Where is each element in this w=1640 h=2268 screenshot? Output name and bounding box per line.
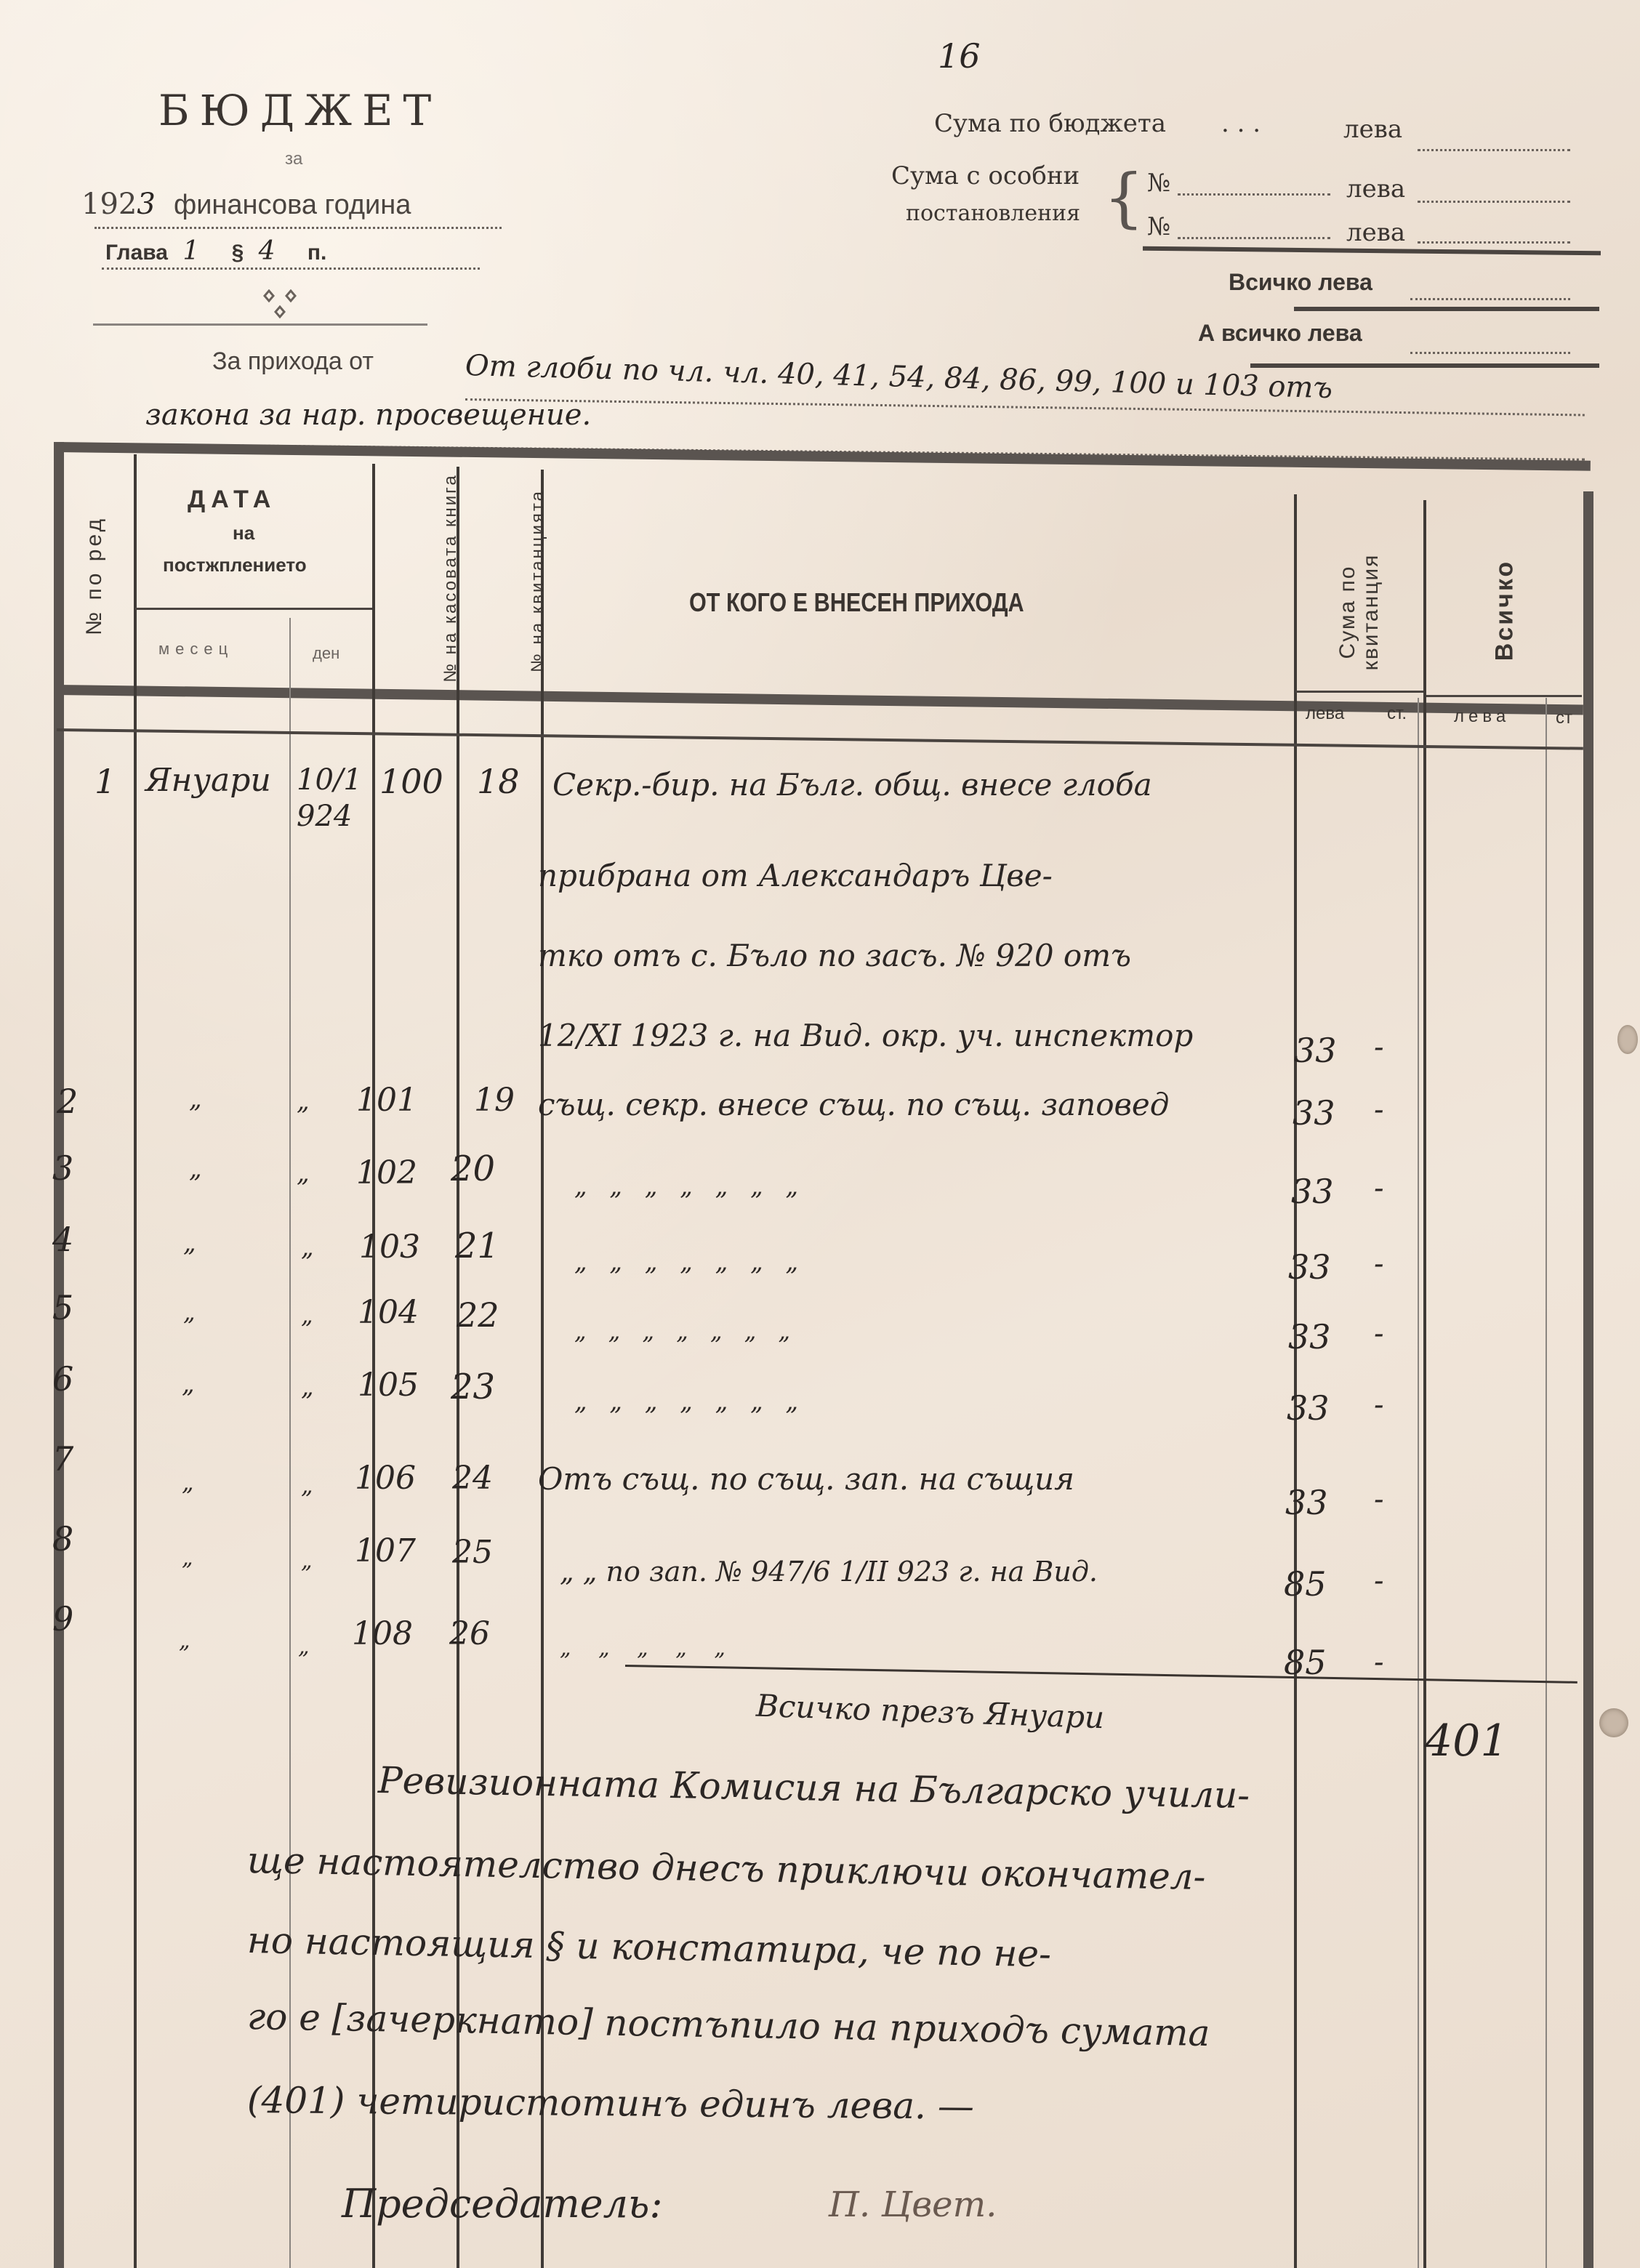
row-month: „: [182, 1545, 193, 1571]
special-leva-1-value[interactable]: [1418, 201, 1570, 203]
fiscal-year-label: финансова година: [174, 190, 411, 220]
row-month: „: [182, 1370, 195, 1399]
statement-line: ще настоятелство днесъ приключи окончате…: [246, 1839, 1205, 1898]
row-no: 3: [52, 1149, 73, 1188]
year-handwritten: 3: [137, 188, 155, 221]
col-line-sum-st: [1418, 698, 1419, 2268]
total-leva-label: Всичко лева: [1229, 269, 1372, 296]
header-total: Всичко: [1491, 538, 1519, 683]
fiscal-year: 1923 финансова година: [81, 188, 411, 221]
special-no-1-value[interactable]: [1178, 193, 1330, 196]
grand-total-rule: [1250, 363, 1599, 368]
row-receipt: 23: [451, 1367, 495, 1407]
col-line-total-st: [1545, 698, 1547, 2268]
row-leva: 33: [1293, 1093, 1335, 1133]
row-month: Януари: [145, 762, 271, 799]
row-st: -: [1374, 1247, 1384, 1281]
row-description-line: „ „ „ „ „ „ „: [574, 1247, 805, 1276]
grand-total-label: А всичко лева: [1198, 320, 1362, 347]
row-st: -: [1374, 1172, 1384, 1205]
budget-sum-leva: лева: [1343, 115, 1402, 144]
row-st: -: [1374, 1317, 1384, 1351]
row-day: „: [297, 1087, 310, 1116]
row-description-line: Отъ същ. по същ. зап. на същия: [538, 1461, 1074, 1497]
row-description-line: „ „ „ „ „ „ „: [574, 1317, 797, 1345]
row-description-line: същ. секр. внесе същ. по същ. заповед: [538, 1087, 1169, 1122]
special-no-2: №: [1147, 212, 1170, 241]
statement-line: го е [зачеркнато] постъпило на приходъ с…: [246, 1995, 1210, 2054]
p-label: п.: [307, 241, 326, 265]
row-cashbook: 102: [356, 1154, 417, 1191]
special-sum-label-2: постановления: [906, 201, 1080, 226]
row-leva: 33: [1288, 1247, 1331, 1287]
budget-sum-label: Сума по бюджета: [934, 109, 1166, 138]
row-day: 10/1 924: [297, 762, 369, 835]
total-value: 401: [1425, 1716, 1508, 1766]
table-right-border: [1583, 491, 1593, 2268]
header-date-title: ДАТА: [188, 486, 276, 514]
row-leva: 85: [1284, 1564, 1327, 1604]
paragraph-value: 4: [259, 236, 276, 266]
grand-total-value[interactable]: [1410, 352, 1570, 354]
document-title: БЮДЖЕТ: [158, 86, 441, 135]
glava-value: 1: [182, 236, 199, 266]
row-month: „: [183, 1298, 196, 1326]
header-row-no: № по ред: [82, 503, 107, 648]
row-day: „: [301, 1372, 314, 1402]
row-no: 6: [52, 1359, 73, 1399]
row-no: 8: [52, 1519, 73, 1559]
row-leva: 33: [1287, 1388, 1330, 1428]
signature: П. Цвет.: [829, 2184, 997, 2225]
total-rule: [1294, 307, 1599, 311]
row-description-line: „ „ „ „ „ „ „: [574, 1387, 805, 1416]
statement-line: но настоящия § и констатира, че по не-: [246, 1919, 1051, 1975]
header-month: месец: [158, 640, 233, 659]
header-date-na: на: [233, 522, 254, 544]
row-cashbook: 103: [359, 1228, 420, 1266]
row-st: -: [1374, 1564, 1384, 1598]
special-no-1: №: [1147, 169, 1170, 198]
header-st-1: ст.: [1387, 704, 1407, 724]
row-description-line: Секр.-бир. на Бълг. общ. внесе глоба: [552, 767, 1152, 803]
row-leva: 33: [1294, 1031, 1337, 1070]
chapter-line: Глава 1 § 4 п.: [105, 236, 326, 266]
income-from-label: За прихода от: [212, 347, 374, 376]
row-description-line: тко отъ с. Бъло по засъ. № 920 отъ: [538, 938, 1131, 973]
row-st: -: [1374, 1093, 1384, 1127]
signature-label: Председатель:: [342, 2181, 663, 2227]
row-receipt: 26: [449, 1615, 490, 1652]
special-no-2-value[interactable]: [1178, 237, 1330, 239]
row-receipt: 18: [477, 762, 520, 801]
row-no: 1: [95, 762, 116, 801]
glava-label: Глава: [105, 241, 168, 265]
table-left-border: [54, 442, 64, 2268]
row-description-line: „ „ „ „ „ „ „: [574, 1172, 805, 1201]
col-line-receipt: [541, 470, 544, 2268]
special-sum-label-1: Сума с особни: [891, 161, 1080, 190]
header-cashbook: № на касовата книга: [440, 469, 462, 687]
punch-hole-icon: [1617, 1025, 1638, 1054]
row-no: 9: [52, 1599, 73, 1638]
header-day: ден: [313, 644, 339, 663]
year-prefix: 192: [81, 188, 137, 221]
col-line-description: [1294, 494, 1297, 2268]
total-subheader-line: [1426, 695, 1582, 697]
row-cashbook: 108: [352, 1615, 413, 1652]
row-receipt: 21: [455, 1226, 499, 1266]
row-no: 4: [52, 1220, 73, 1259]
row-month: „: [179, 1628, 190, 1654]
row-day: „: [298, 1634, 310, 1660]
row-receipt: 25: [452, 1534, 493, 1571]
row-description-line: „ „ „ „ „: [560, 1636, 736, 1661]
special-leva-2-value[interactable]: [1418, 241, 1570, 244]
row-day: „: [301, 1548, 313, 1574]
ornament-icon: [262, 289, 305, 326]
statement-line: (401) четиристотинъ единъ лева. —: [247, 2079, 974, 2128]
row-receipt: 22: [457, 1295, 499, 1335]
row-cashbook: 101: [356, 1082, 417, 1119]
row-month: „: [182, 1468, 194, 1496]
row-cashbook: 105: [358, 1367, 419, 1404]
row-day: „: [301, 1301, 313, 1329]
budget-sum-value[interactable]: [1418, 149, 1570, 151]
row-receipt: 24: [452, 1460, 493, 1497]
total-leva-value[interactable]: [1410, 298, 1570, 300]
data-top-line: [57, 728, 1583, 750]
header-st-2: ст: [1556, 708, 1572, 728]
row-leva: 33: [1291, 1172, 1334, 1211]
row-cashbook: 107: [355, 1532, 416, 1569]
statement-line: Ревизионната Комисия на Българско учили-: [377, 1759, 1250, 1817]
special-leva-1: лева: [1346, 174, 1405, 204]
header-date-sub: постжплението: [163, 554, 307, 576]
row-st: -: [1374, 1388, 1384, 1422]
row-receipt: 20: [451, 1149, 495, 1189]
row-leva: 33: [1285, 1483, 1328, 1522]
fiscal-year-underline: [95, 227, 502, 229]
date-subheader-line: [135, 608, 372, 610]
row-cashbook: 106: [355, 1460, 416, 1497]
row-description-line: „ „ по зап. № 947/6 1/II 923 г. на Вид.: [560, 1556, 1098, 1588]
row-receipt: 19: [474, 1082, 515, 1119]
col-line-no: [134, 454, 137, 2268]
chapter-underline: [102, 268, 480, 270]
row-st: -: [1374, 1031, 1384, 1064]
ornament-rule: [93, 323, 427, 326]
row-day: „: [301, 1233, 314, 1262]
paragraph-symbol: §: [232, 241, 244, 265]
brace-icon: {: [1104, 166, 1144, 230]
header-receipt: № на квитанцията: [528, 450, 548, 712]
page-number: 16: [938, 36, 981, 76]
row-st: -: [1374, 1646, 1384, 1679]
header-receipt-sum: Сума по квитанция: [1336, 510, 1383, 714]
total-rule-line: [625, 1665, 1577, 1684]
za-label: за: [285, 149, 302, 169]
row-st: -: [1374, 1483, 1384, 1516]
row-description-line: прибрана от Александаръ Цве-: [538, 858, 1053, 893]
punch-hole-icon: [1599, 1708, 1628, 1737]
row-month: „: [189, 1154, 202, 1183]
total-label: Всичко презъ Януари: [755, 1688, 1105, 1736]
row-cashbook: 100: [379, 762, 443, 801]
row-no: 2: [57, 1082, 78, 1121]
header-from-whom: ОТ КОГО Е ВНЕСЕН ПРИХОДА: [689, 587, 1024, 618]
income-from-line-2: закона за нар. просвещение.: [145, 398, 591, 432]
row-day: „: [301, 1471, 313, 1499]
special-leva-2: лева: [1346, 218, 1405, 247]
special-sum-rule: [1143, 246, 1601, 256]
row-no: 7: [52, 1439, 73, 1479]
row-month: „: [189, 1085, 202, 1114]
header-leva-2: лева: [1454, 707, 1510, 727]
row-cashbook: 104: [358, 1294, 419, 1331]
row-month: „: [183, 1228, 196, 1258]
income-from-underline-1: [465, 398, 1585, 417]
income-from-line-1: От глоби по чл. чл. 40, 41, 54, 84, 86, …: [465, 349, 1332, 405]
row-description-line: 12/XI 1923 г. на Вид. окр. уч. инспектор: [538, 1018, 1193, 1053]
header-leva-1: лева: [1306, 704, 1344, 724]
row-no: 5: [52, 1288, 73, 1327]
budget-sum-dots: . . .: [1221, 109, 1261, 138]
row-leva: 33: [1288, 1317, 1331, 1356]
row-day: „: [297, 1159, 310, 1188]
col-line-sum: [1423, 500, 1426, 2268]
